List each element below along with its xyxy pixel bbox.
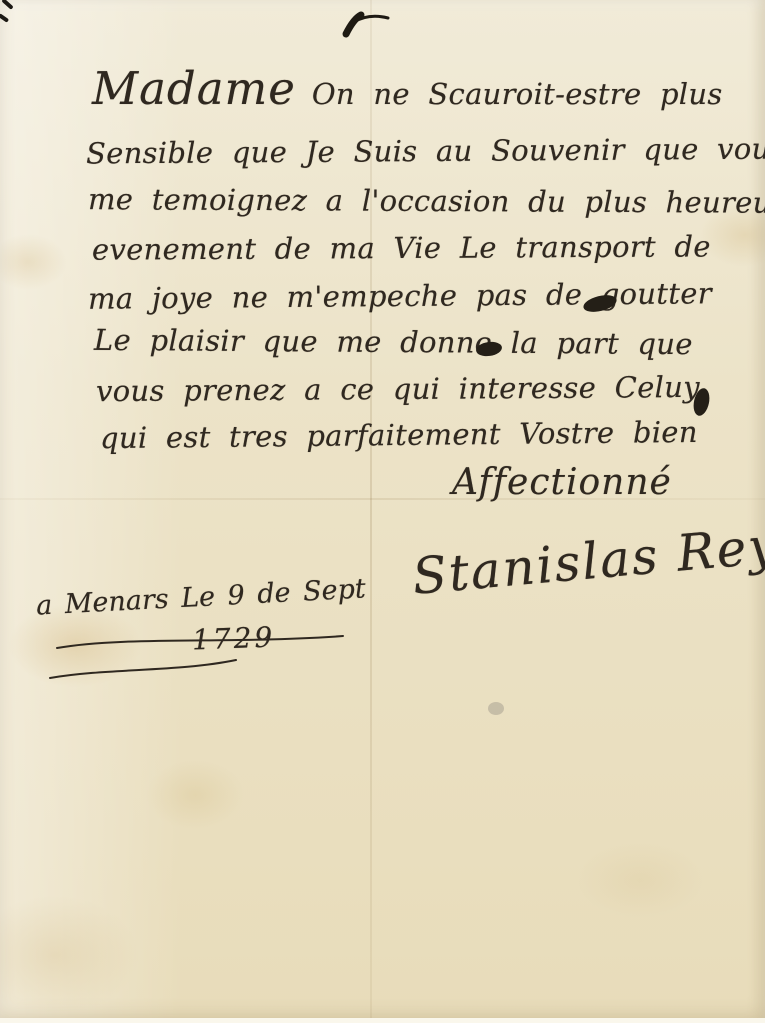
letter-line-5: ma joye ne m'empeche pas de goutter: [88, 276, 712, 315]
letter-scan-page: Madame On ne Scauroit-estre plus Sensibl…: [0, 0, 765, 1023]
scan-edge-strip: [0, 1018, 765, 1023]
letter-line-4: evenement de ma Vie Le transport de: [92, 229, 711, 266]
letter-line-7: vous prenez a ce qui interesse Celuy: [96, 370, 700, 408]
letter-line-2: Sensible que Je Suis au Souvenir que vou…: [86, 132, 765, 171]
corner-ink-mark: [0, 13, 9, 23]
place-date-line: a Menars Le 9 de Sept: [35, 573, 366, 621]
letter-line-1: Madame On ne Scauroit-estre plus: [92, 62, 723, 115]
year-line: 1729: [191, 621, 275, 657]
corner-ink-mark: [1, 0, 13, 10]
flourish-underline: [48, 656, 238, 682]
letter-line-6: Le plaisir que me donne la part que: [94, 323, 693, 361]
pencil-smudge: [488, 702, 504, 715]
ink-cross-mark: [338, 8, 396, 40]
opening-text: On ne Scauroit-estre plus: [312, 77, 723, 111]
closing-valediction: Affectionné: [452, 462, 672, 503]
salutation: Madame: [92, 62, 296, 115]
letter-line-3: me temoignez a l'occasion du plus heureu…: [88, 182, 765, 220]
letter-line-8: qui est tres parfaitement Vostre bien: [100, 415, 698, 455]
signature: Stanislas Rey: [410, 516, 765, 606]
